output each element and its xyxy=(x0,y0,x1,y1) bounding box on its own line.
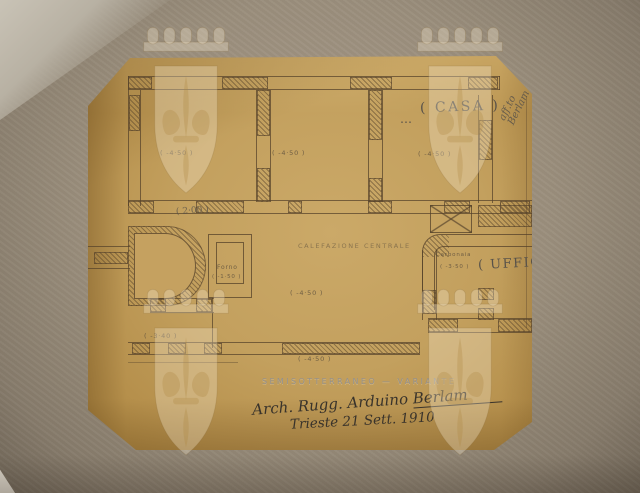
wall-hatch xyxy=(128,77,152,89)
wall-hatch xyxy=(257,168,270,202)
label-left-wing-elevation: ( -3·40 ) xyxy=(144,332,177,340)
label-forno: Forno xyxy=(217,264,238,271)
label-right-room-elevation: ( -4·50 ) xyxy=(418,150,451,158)
wall-hatch xyxy=(428,319,458,332)
wall-line xyxy=(270,90,271,202)
wall-hatch xyxy=(423,290,436,314)
wall-line xyxy=(128,362,238,363)
label-carbonaia: Carbonaia xyxy=(436,252,471,258)
wall-line xyxy=(128,76,500,77)
wall-hatch xyxy=(168,343,186,354)
flue-line xyxy=(88,246,130,247)
stamp-title: SEMISOTTERRANEO — VARIANTE xyxy=(262,377,454,386)
wall-line xyxy=(128,89,500,90)
wall-hatch xyxy=(479,120,492,160)
pencil-note-uffici: ( UFFICI ) xyxy=(478,254,561,273)
label-middle-room-elevation: ( -4·50 ) xyxy=(272,149,305,157)
wall-line xyxy=(128,200,532,201)
pencil-casa-dots: … xyxy=(400,112,414,126)
wall-hatch xyxy=(150,299,166,312)
label-forno-elevation: ( -1·50 ) xyxy=(212,274,241,280)
label-central-heating-hall: CALEFAZIONE CENTRALE xyxy=(298,242,411,250)
wall-hatch xyxy=(257,90,270,136)
wall-hatch xyxy=(350,77,392,89)
wall-line xyxy=(382,90,383,202)
flue-hatch xyxy=(94,252,128,264)
drawing-sheet: ( -4·50 ) ( -4·50 ) ( -4·50 ) CALEFAZION… xyxy=(86,54,532,450)
wall-hatch xyxy=(222,77,268,89)
wall-hatch xyxy=(368,201,392,213)
wall-hatch xyxy=(478,288,494,300)
wall-line xyxy=(428,332,532,333)
wall-hatch xyxy=(498,319,532,332)
archive-photo-scene: ( -4·50 ) ( -4·50 ) ( -4·50 ) CALEFAZION… xyxy=(0,0,640,493)
flue-line xyxy=(88,268,130,269)
wall-line xyxy=(140,90,141,206)
wall-hatch xyxy=(468,77,498,89)
shaft-x-box xyxy=(430,205,472,233)
wall-line xyxy=(150,312,214,313)
wall-line xyxy=(499,76,500,90)
pencil-dimension-note: ( 2·00 ) xyxy=(176,205,209,217)
apse-wall-inner xyxy=(134,233,196,299)
wall-hatch xyxy=(369,178,382,202)
label-left-room-elevation: ( -4·50 ) xyxy=(160,149,193,157)
floor-plan: ( -4·50 ) ( -4·50 ) ( -4·50 ) CALEFAZION… xyxy=(0,0,640,493)
wall-line xyxy=(128,354,420,355)
wall-hatch xyxy=(132,343,150,354)
wall-hatch xyxy=(128,201,154,213)
wall-hatch xyxy=(204,343,222,354)
wall-hatch xyxy=(129,95,140,131)
board-bottom-shadow xyxy=(0,455,640,493)
wall-hatch xyxy=(196,299,212,312)
label-carbonaia-elevation: ( -3·50 ) xyxy=(440,264,469,270)
pencil-note-casa: ( CASA ) xyxy=(420,98,501,117)
signature-surname: Berlam xyxy=(412,383,502,408)
label-hall-elevation: ( -4·50 ) xyxy=(290,289,323,297)
wall-hatch xyxy=(282,343,420,354)
wall-line xyxy=(436,250,437,320)
wall-hatch xyxy=(478,205,532,227)
wall-line xyxy=(212,298,213,348)
label-corridor-elevation: ( -4·50 ) xyxy=(298,355,331,363)
wall-hatch xyxy=(369,90,382,140)
wall-hatch xyxy=(288,201,302,213)
